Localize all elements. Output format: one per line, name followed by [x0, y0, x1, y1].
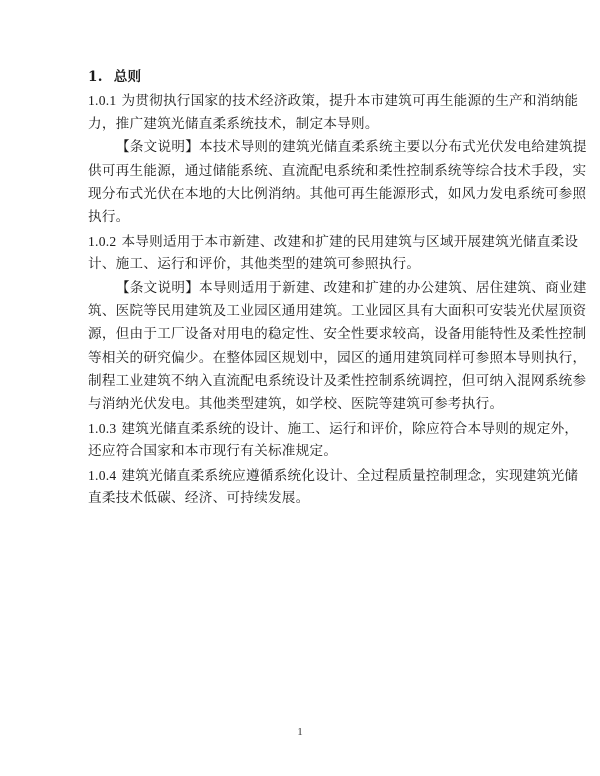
- section-number: 1.: [88, 69, 103, 85]
- explanation-2-line-3: 源，但由于工厂设备对用电的稳定性、安全性要求较高，设备用能特性及柔性控制: [88, 323, 514, 346]
- clause-1-0-2-line-1: 1.0.2本导则适用于本市新建、改建和扩建的民用建筑与区域开展建筑光储直柔设: [88, 230, 514, 253]
- clause-number: 1.0.2: [88, 234, 116, 249]
- document-page: 1. 总则 1.0.1为贯彻执行国家的技术经济政策，提升本市建筑可再生能源的生产…: [88, 66, 514, 510]
- clause-number: 1.0.4: [88, 468, 116, 483]
- clause-1-0-4-line-1: 1.0.4建筑光储直柔系统应遵循系统化设计、全过程质量控制理念，实现建筑光储: [88, 464, 514, 487]
- section-heading: 1. 总则: [88, 66, 514, 89]
- clause-1-0-3-line-2: 还应符合国家和本市现行有关标准规定。: [88, 440, 514, 463]
- section-title: 总则: [114, 69, 142, 85]
- explanation-2-line-5: 制程工业建筑不纳入直流配电系统设计及柔性控制系统调控，但可纳入混网系统参: [88, 370, 514, 393]
- clause-number: 1.0.1: [88, 93, 116, 108]
- clause-1-0-1-line-1: 1.0.1为贯彻执行国家的技术经济政策，提升本市建筑可再生能源的生产和消纳能: [88, 89, 514, 112]
- explanation-2-line-1: 【条文说明】本导则适用于新建、改建和扩建的办公建筑、居住建筑、商业建: [88, 277, 514, 300]
- explanation-1-line-4: 执行。: [88, 206, 514, 229]
- clause-1-0-3-line-1: 1.0.3建筑光储直柔系统的设计、施工、运行和评价，除应符合本导则的规定外，: [88, 417, 514, 440]
- clause-number: 1.0.3: [88, 421, 116, 436]
- clause-1-0-2-line-2: 计、施工、运行和评价，其他类型的建筑可参照执行。: [88, 253, 514, 276]
- explanation-2-line-4: 等相关的研究偏少。在整体园区规划中，园区的通用建筑同样可参照本导则执行，: [88, 347, 514, 370]
- explanation-1-line-2: 供可再生能源，通过储能系统、直流配电系统和柔性控制系统等综合技术手段，实: [88, 160, 514, 183]
- clause-1-0-1-line-2: 力，推广建筑光储直柔系统技术，制定本导则。: [88, 113, 514, 136]
- explanation-1-line-1: 【条文说明】本技术导则的建筑光储直柔系统主要以分布式光伏发电给建筑提: [88, 136, 514, 159]
- explanation-2-line-6: 与消纳光伏发电。其他类型建筑，如学校、医院等建筑可参考执行。: [88, 393, 514, 416]
- explanation-2-line-2: 筑、医院等民用建筑及工业园区通用建筑。工业园区具有大面积可安装光伏屋顶资: [88, 300, 514, 323]
- explanation-1-line-3: 现分布式光伏在本地的大比例消纳。其他可再生能源形式，如风力发电系统可参照: [88, 183, 514, 206]
- page-number: 1: [0, 726, 600, 738]
- clause-1-0-4-line-2: 直柔技术低碳、经济、可持续发展。: [88, 487, 514, 510]
